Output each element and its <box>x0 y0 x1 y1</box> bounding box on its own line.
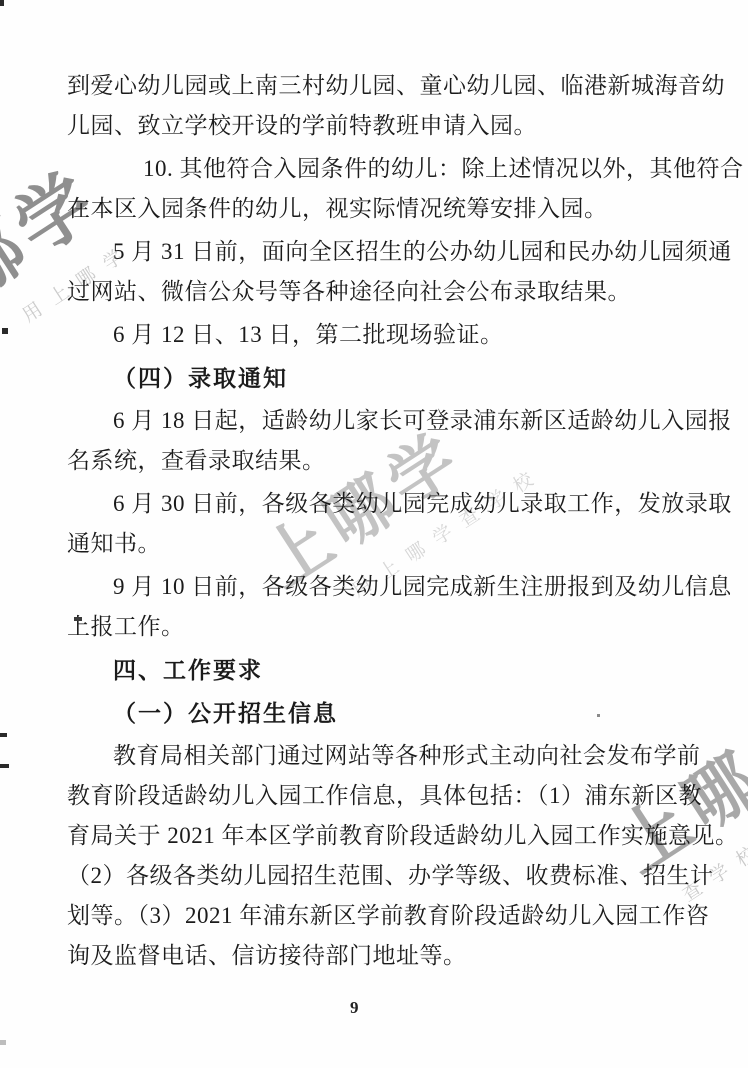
text-line: 教育局相关部门通过网站等各种形式主动向社会发布学前 <box>67 736 692 776</box>
text-line: 在本区入园条件的幼儿，视实际情况统筹安排入园。 <box>67 189 692 229</box>
text-line: 儿园、致立学校开设的学前特教班申请入园。 <box>67 106 692 146</box>
scanned-document-page: 上哪学 用上哪学 上哪学 用上哪学查学校 上哪学 查学校用上哪学 到爱心幼儿园或… <box>0 0 748 1068</box>
text-line: 6 月 18 日起，适龄幼儿家长可登录浦东新区适龄幼儿入园报 <box>67 401 692 441</box>
text-line: 询及监督电话、信访接待部门地址等。 <box>67 936 692 976</box>
text-line: 9 月 10 日前，各级各类幼儿园完成新生注册报到及幼儿信息 <box>67 567 692 607</box>
text-line: 6 月 12 日、13 日，第二批现场验证。 <box>67 315 692 355</box>
section-heading: （四）录取通知 <box>67 358 692 398</box>
text-line: 名系统，查看录取结果。 <box>67 441 692 481</box>
page-number: 9 <box>350 998 359 1018</box>
scan-speck <box>0 1040 6 1045</box>
text-line: 通知书。 <box>67 524 692 564</box>
section-heading: （一）公开招生信息 <box>67 693 692 733</box>
text-line: 6 月 30 日前，各级各类幼儿园完成幼儿录取工作，发放录取 <box>67 484 692 524</box>
text-line: 教育阶段适龄幼儿入园工作信息，具体包括：（1）浦东新区教 <box>67 776 692 816</box>
document-text-block: 到爱心幼儿园或上南三村幼儿园、童心幼儿园、临港新城海音幼 儿园、致立学校开设的学… <box>67 66 692 976</box>
scan-speck <box>2 328 8 334</box>
text-line: 划等。（3）2021 年浦东新区学前教育阶段适龄幼儿入园工作咨 <box>67 896 692 936</box>
section-heading: 四、工作要求 <box>67 650 692 690</box>
scan-speck <box>597 714 600 717</box>
scan-speck <box>0 764 9 768</box>
text-line: 5 月 31 日前，面向全区招生的公办幼儿园和民办幼儿园须通 <box>67 232 692 272</box>
scan-speck <box>0 733 7 737</box>
text-line: 过网站、微信公众号等各种途径向社会公布录取结果。 <box>67 272 692 312</box>
text-line: 育局关于 2021 年本区学前教育阶段适龄幼儿入园工作实施意见。 <box>67 816 692 856</box>
text-line: 10. 其他符合入园条件的幼儿：除上述情况以外，其他符合 <box>67 149 692 189</box>
text-line: 到爱心幼儿园或上南三村幼儿园、童心幼儿园、临港新城海音幼 <box>67 66 692 106</box>
text-line: （2）各级各类幼儿园招生范围、办学等级、收费标准、招生计 <box>67 856 692 896</box>
text-line: 上报工作。 <box>67 607 692 647</box>
scan-speck <box>0 0 4 6</box>
scan-speck <box>74 617 82 621</box>
